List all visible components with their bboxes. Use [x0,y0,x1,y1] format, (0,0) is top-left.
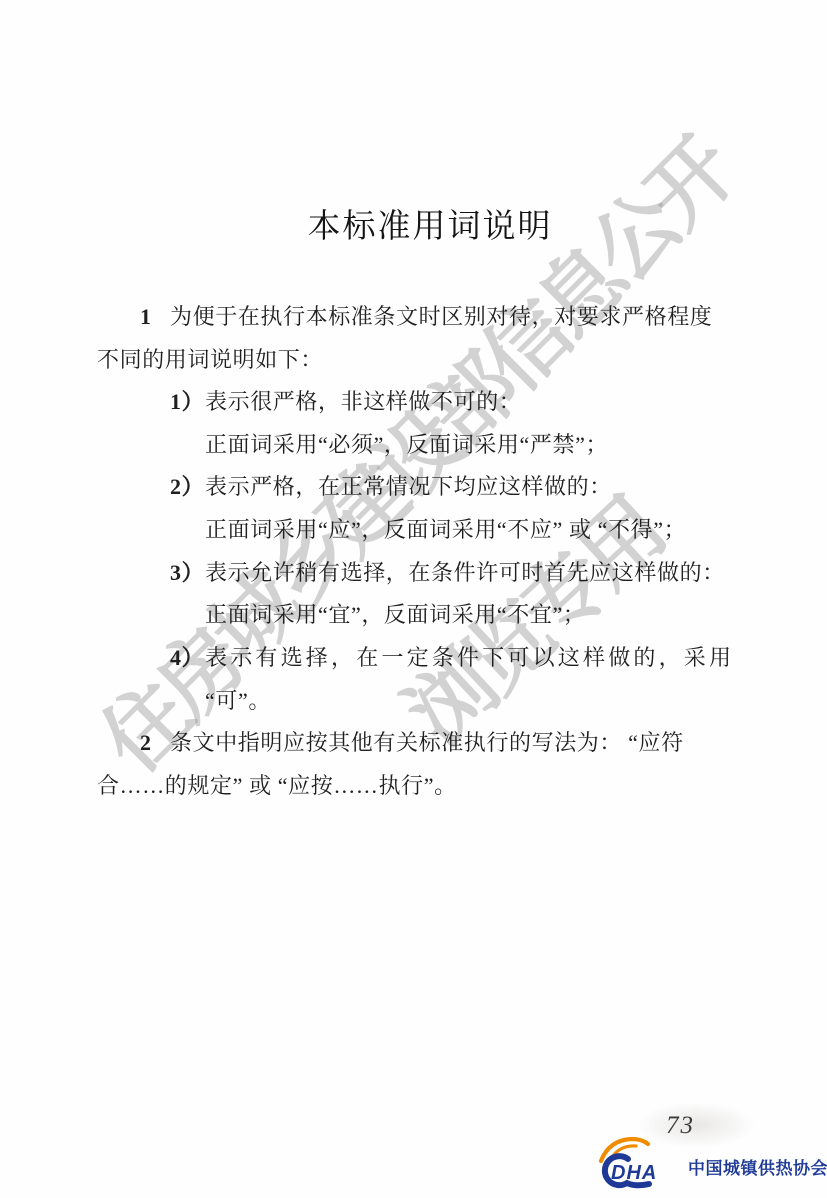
item3-head-line: 3）表示允许稍有选择，在条件许可时首先应这样做的： [170,556,725,587]
cdha-swoosh-logo-icon: DHA [594,1134,686,1190]
para2-line2: 合……的规定” 或 “应按……执行”。 [97,769,457,800]
item3-body-line: 正面词采用“宜”，反面词采用“不宜”； [205,598,585,629]
item2-body-line: 正面词采用“应”，反面词采用“不应” 或 “不得”； [205,513,686,544]
item2-head-line: 2）表示严格，在正常情况下均应这样做的： [170,470,612,501]
association-name: 中国城镇供热协会 [688,1154,827,1179]
item4-head-line: 4）表示有选择，在一定条件下可以这样做的，采用 [170,641,734,672]
item4-body-line: “可”。 [205,684,271,715]
page-title: 本标准用词说明 [30,200,827,247]
para1-line1: 1为便于在执行本标准条文时区别对待，对要求严格程度 [140,300,712,331]
logo-abbr-text: DHA [611,1162,657,1184]
item4-number: 4） [170,641,205,672]
item2-number: 2） [170,470,205,501]
para2-line1: 2条文中指明应按其他有关标准执行的写法为： “应符 [140,726,684,757]
item3-number: 3） [170,556,205,587]
item4-head-text: 表示有选择，在一定条件下可以这样做的，采用 [205,645,734,670]
item1-number: 1） [170,385,205,416]
para2-line1-text: 条文中指明应按其他有关标准执行的写法为： “应符 [170,730,684,755]
para1-line1-text: 为便于在执行本标准条文时区别对待，对要求严格程度 [170,304,712,329]
item1-head-line: 1）表示很严格，非这样做不可的： [170,385,521,416]
para2-number: 2 [140,730,170,756]
para1-line2: 不同的用词说明如下： [97,343,323,374]
item3-head-text: 表示允许稍有选择，在条件许可时首先应这样做的： [205,560,725,585]
para1-number: 1 [140,304,170,330]
item1-head-text: 表示很严格，非这样做不可的： [205,389,521,414]
item1-body-line: 正面词采用“必须”，反面词采用“严禁”； [205,428,608,459]
item2-head-text: 表示严格，在正常情况下均应这样做的： [205,474,612,499]
document-page: 住房城乡建设部信息公开 浏览专用 本标准用词说明 1为便于在执行本标准条文时区别… [0,0,827,1198]
cdha-logo: DHA 中国城镇供热协会 [594,1134,824,1190]
